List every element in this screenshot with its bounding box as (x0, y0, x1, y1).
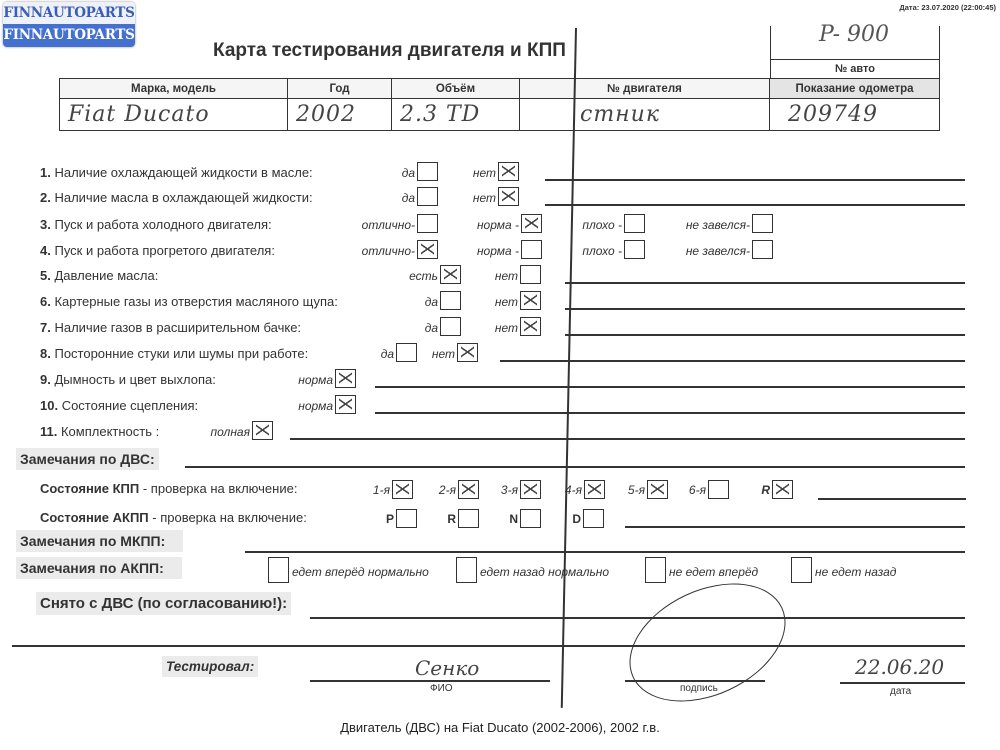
option-label: норма (298, 399, 333, 413)
gear-label: 3-я (501, 483, 518, 497)
checklist-item: 10. Состояние сцепления: (40, 398, 198, 413)
notes-line[interactable] (375, 386, 965, 388)
item-label: Дымность и цвет выхлопа: (54, 372, 215, 387)
gear-label: 6-я (689, 483, 706, 497)
date-stamp: Дата: 23.07.2020 (22:00:45) (899, 3, 996, 12)
option-label: нет (432, 347, 455, 361)
notes-line[interactable] (545, 179, 965, 181)
checkbox[interactable] (498, 187, 519, 206)
checklist-item: 4. Пуск и работа прогретого двигателя: (40, 243, 275, 258)
remarks-auto-label: Замечания по АКПП: (16, 557, 182, 579)
removed-label: Снято с ДВС (по согласованию!): (36, 592, 291, 615)
checkbox[interactable] (417, 240, 438, 259)
gear-label: R (447, 512, 456, 526)
gear-checkbox[interactable] (772, 480, 793, 499)
value-odometer: 209749 (770, 99, 940, 131)
checkbox[interactable] (624, 240, 645, 259)
auto-remark-checkbox[interactable] (268, 557, 289, 583)
auto-remark-label: не едет вперёд (669, 565, 758, 579)
form-title: Карта тестирования двигателя и КПП (213, 40, 566, 62)
value-engine-number: стник (520, 99, 770, 131)
gear-label: 2-я (439, 483, 456, 497)
checkbox[interactable] (520, 291, 541, 310)
auto-remark-checkbox[interactable] (645, 557, 666, 583)
option-label: да (402, 191, 415, 205)
col-year: Год (288, 79, 392, 99)
option-label: нет (473, 191, 496, 205)
option-label: нет (495, 295, 518, 309)
item-number: 11. (40, 424, 61, 439)
option-label: да (402, 166, 415, 180)
item-number: 6. (40, 294, 54, 309)
finnautoparts-logo: FINNAUTOPARTS FINNAUTOPARTS (3, 2, 135, 47)
notes-line[interactable] (565, 308, 965, 310)
remarks-manual-label: Замечания по МКПП: (16, 530, 183, 552)
removed-line[interactable] (310, 617, 965, 619)
item-number: 2. (40, 190, 54, 205)
date-caption: дата (890, 686, 911, 697)
gear-label: R (761, 483, 770, 497)
page-caption: Двигатель (ДВС) на Fiat Ducato (2002-200… (0, 720, 1000, 735)
auto-gearbox-label: Состояние АКПП - проверка на включение: (40, 510, 307, 525)
checkbox[interactable] (335, 369, 356, 388)
checkbox[interactable] (520, 317, 541, 336)
auto-remark-label: едет назад нормально (480, 565, 609, 579)
option-label: нет (495, 321, 518, 335)
notes-line[interactable] (375, 412, 965, 414)
item-label: Давление масла: (54, 268, 158, 283)
auto-remark-checkbox[interactable] (456, 557, 477, 583)
col-odometer: Показание одометра (770, 79, 940, 99)
vehicle-info-table: Марка, модель Год Объём № двигателя Пока… (59, 78, 940, 131)
item-number: 8. (40, 346, 54, 361)
option-label: есть (409, 269, 438, 283)
gear-label: 4-я (565, 483, 582, 497)
checkbox[interactable] (417, 162, 438, 181)
item-label: Наличие масла в охлаждающей жидкости: (54, 190, 312, 205)
auto-remark-label: не едет назад (815, 565, 896, 579)
option-label: нет (495, 269, 518, 283)
option-label: плохо - (582, 244, 622, 258)
checklist-item: 2. Наличие масла в охлаждающей жидкости: (40, 190, 313, 205)
item-label: Пуск и работа холодного двигателя: (54, 217, 271, 232)
checkbox[interactable] (521, 214, 542, 233)
name-caption: ФИО (430, 683, 453, 694)
item-number: 3. (40, 217, 54, 232)
item-label: Картерные газы из отверстия масляного щу… (54, 294, 337, 309)
auto-gearbox-title: Состояние АКПП (40, 510, 149, 525)
gear-checkbox[interactable] (396, 509, 417, 528)
option-label: норма (298, 373, 333, 387)
checkbox[interactable] (440, 265, 461, 284)
col-engine-number: № двигателя (520, 79, 770, 99)
logo-line-1: FINNAUTOPARTS (3, 2, 135, 24)
option-label: да (425, 321, 438, 335)
item-number: 4. (40, 243, 54, 258)
checkbox[interactable] (440, 291, 461, 310)
gear-checkbox[interactable] (584, 480, 605, 499)
option-label: норма - (477, 244, 519, 258)
gear-checkbox[interactable] (708, 480, 729, 499)
item-number: 1. (40, 165, 54, 180)
gear-label: D (572, 512, 581, 526)
item-number: 9. (40, 372, 54, 387)
tester-name: Сенко (415, 656, 479, 680)
checklist-item: 11. Комплектность : (40, 424, 159, 439)
checkbox[interactable] (457, 343, 478, 362)
remarks-manual-line[interactable] (245, 551, 965, 553)
option-label: норма - (477, 218, 519, 232)
col-volume: Объём (392, 79, 520, 99)
remarks-engine-label: Замечания по ДВС: (16, 448, 159, 470)
notes-line[interactable] (565, 282, 965, 284)
manual-gearbox-title: Состояние КПП (40, 481, 139, 496)
option-label: плохо - (582, 218, 622, 232)
checkbox[interactable] (752, 214, 773, 233)
notes-line[interactable] (290, 438, 965, 440)
gear-label: N (509, 512, 518, 526)
manual-gearbox-desc: - проверка на включение: (139, 481, 297, 496)
gear-checkbox[interactable] (458, 509, 479, 528)
checklist-item: 8. Посторонние стуки или шумы при работе… (40, 346, 308, 361)
option-label: отлично- (362, 218, 415, 232)
checklist-item: 3. Пуск и работа холодного двигателя: (40, 217, 272, 232)
remarks-engine-line[interactable] (185, 466, 965, 468)
checkbox[interactable] (396, 343, 417, 362)
auto-remark-label: едет вперёд нормально (292, 565, 429, 579)
checkbox[interactable] (624, 214, 645, 233)
checklist-item: 7. Наличие газов в расширительном бачке: (40, 320, 301, 335)
value-year: 2002 (288, 99, 392, 131)
date-line[interactable] (840, 682, 965, 684)
signature-mark (611, 560, 805, 725)
checkbox[interactable] (498, 162, 519, 181)
checkbox[interactable] (440, 317, 461, 336)
checkbox[interactable] (521, 240, 542, 259)
manual-gearbox-label: Состояние КПП - проверка на включение: (40, 481, 297, 496)
auto-gearbox-line[interactable] (625, 526, 965, 528)
item-label: Наличие охлаждающей жидкости в масле: (54, 165, 312, 180)
auto-gearbox-desc: - проверка на включение: (149, 510, 307, 525)
item-label: Состояние сцепления: (62, 398, 198, 413)
checkbox[interactable] (417, 214, 438, 233)
signature-caption: подпись (680, 683, 718, 694)
value-make-model: Fiat Ducato (60, 99, 288, 131)
gear-checkbox[interactable] (647, 480, 668, 499)
option-label: да (381, 347, 394, 361)
option-label: нет (473, 166, 496, 180)
gear-checkbox[interactable] (520, 509, 541, 528)
car-number-value: P- 900 (819, 22, 889, 47)
auto-remark-checkbox[interactable] (791, 557, 812, 583)
item-label: Наличие газов в расширительном бачке: (54, 320, 301, 335)
gear-label: 5-я (628, 483, 645, 497)
checkbox[interactable] (335, 395, 356, 414)
gear-checkbox[interactable] (583, 509, 604, 528)
checkbox[interactable] (752, 240, 773, 259)
car-number-label: № авто (770, 59, 940, 78)
tested-by-label: Тестировал: (162, 656, 258, 677)
removed-line-2[interactable] (12, 645, 965, 647)
item-label: Посторонние стуки или шумы при работе: (54, 346, 308, 361)
col-make-model: Марка, модель (60, 79, 288, 99)
gear-checkbox[interactable] (520, 480, 541, 499)
notes-line[interactable] (545, 204, 965, 206)
gear-checkbox[interactable] (392, 480, 413, 499)
checklist-item: 1. Наличие охлаждающей жидкости в масле: (40, 165, 313, 180)
option-label: полная (211, 425, 250, 439)
name-line[interactable] (310, 680, 550, 682)
item-number: 7. (40, 320, 54, 335)
test-date: 22.06.20 (855, 655, 944, 679)
value-volume: 2.3 TD (392, 99, 520, 131)
item-number: 5. (40, 268, 54, 283)
checkbox[interactable] (417, 187, 438, 206)
logo-line-2: FINNAUTOPARTS (3, 24, 135, 47)
option-label: не завелся- (686, 244, 750, 258)
gear-checkbox[interactable] (458, 480, 479, 499)
item-number: 10. (40, 398, 62, 413)
checkbox[interactable] (252, 421, 273, 440)
option-label: да (425, 295, 438, 309)
option-label: не завелся- (686, 218, 750, 232)
gear-label: 1-я (373, 483, 390, 497)
gear-label: P (386, 512, 394, 526)
checklist-item: 6. Картерные газы из отверстия масляного… (40, 294, 338, 309)
checklist-item: 9. Дымность и цвет выхлопа: (40, 372, 216, 387)
manual-gearbox-line[interactable] (818, 498, 966, 500)
notes-line[interactable] (500, 360, 965, 362)
notes-line[interactable] (565, 334, 965, 336)
checklist-item: 5. Давление масла: (40, 268, 158, 283)
item-label: Пуск и работа прогретого двигателя: (54, 243, 274, 258)
option-label: отлично- (362, 244, 415, 258)
checkbox[interactable] (520, 265, 541, 284)
item-label: Комплектность : (61, 424, 159, 439)
